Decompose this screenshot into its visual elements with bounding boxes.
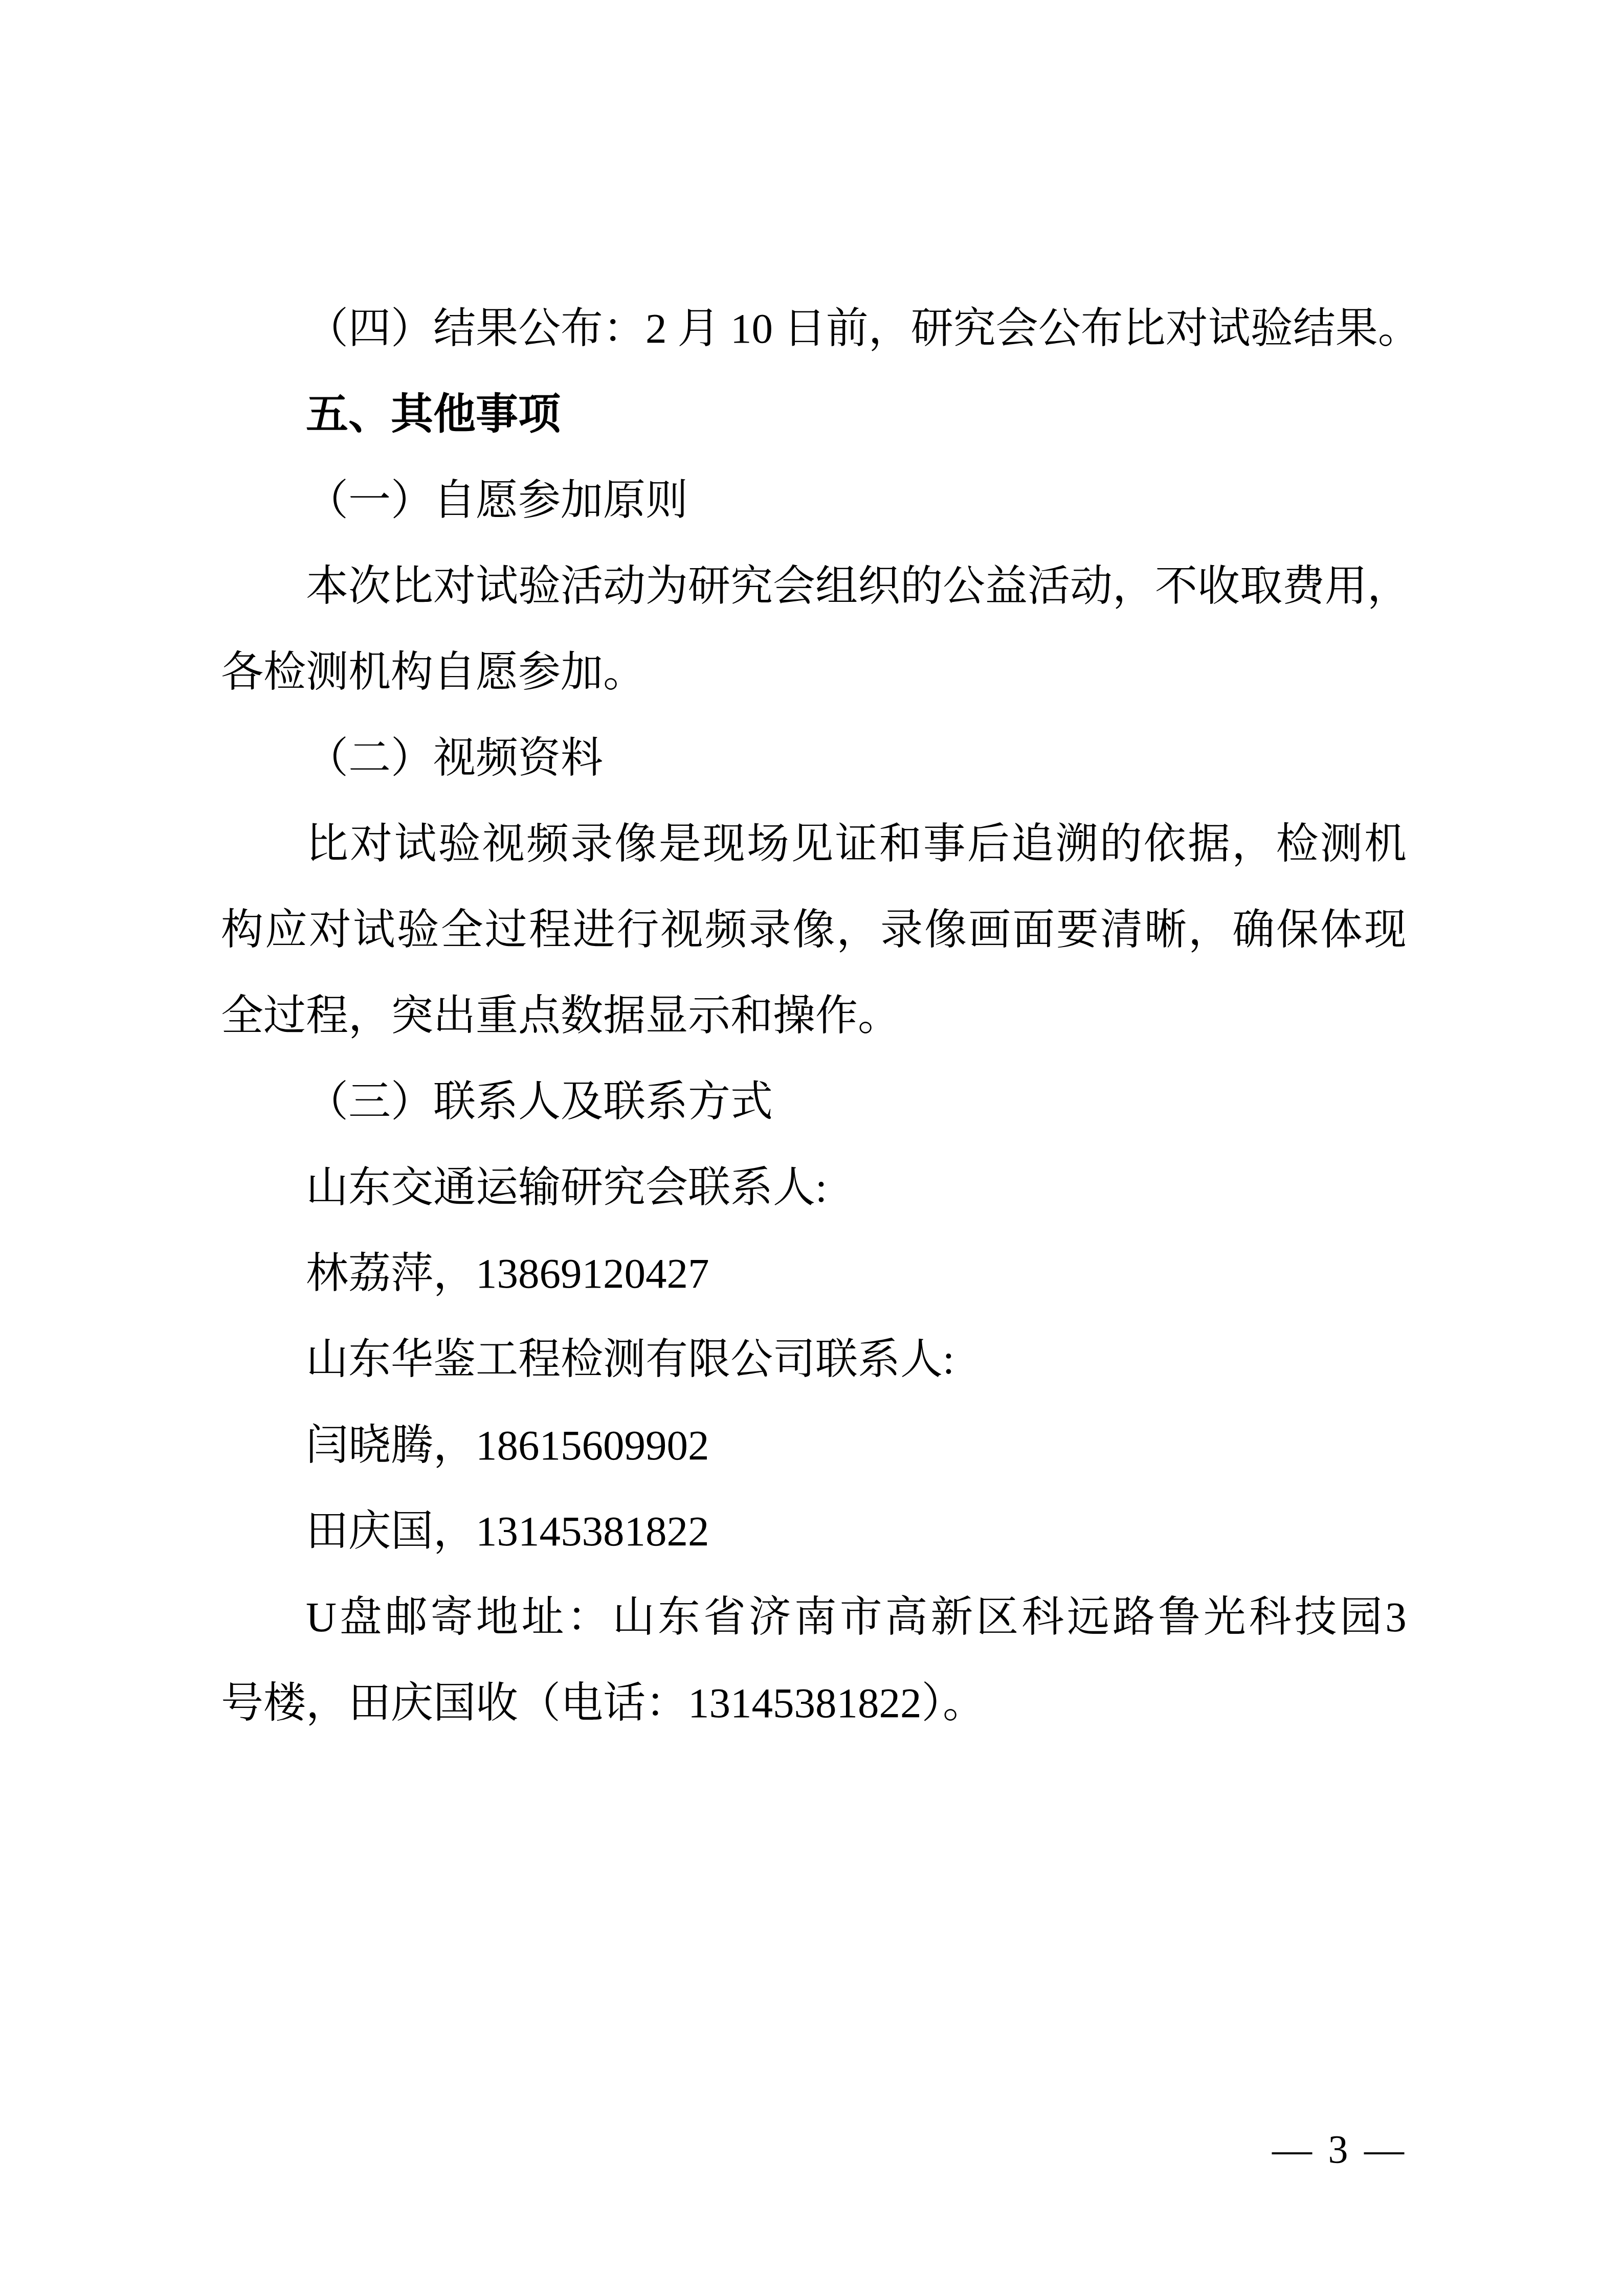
text-token: 费 [1282,543,1325,629]
text-token: 织 [858,543,900,629]
text-token: 试 [353,887,395,973]
text-line: 林荔萍，13869120427 [221,1230,1407,1316]
text-token: 后 [967,801,1010,887]
text-token: 据 [1188,801,1230,887]
text-token: 动 [1070,543,1113,629]
text-token: 像 [924,887,967,973]
text-token: 过 [485,887,527,973]
text-token: 要 [1056,887,1099,973]
text-line: （三）联系人及联系方式 [221,1059,1407,1144]
text-token: 试 [476,543,518,629]
text-token: 比 [391,543,433,629]
text-line: 山东华鉴工程检测有限公司联系人: [221,1316,1407,1402]
text-token: 体 [1320,887,1363,973]
text-token: 确 [1232,887,1275,973]
page-number: — 3 — [1272,2121,1407,2177]
text-token: 进 [573,887,615,973]
text-token: 组 [815,543,858,629]
text-token: 南 [794,1574,837,1660]
text-token: 寄 [431,1574,473,1660]
text-token: 东 [658,1574,700,1660]
text-line: 闫晓腾，18615609902 [221,1402,1407,1488]
text-token: 频 [704,887,747,973]
text-token: 现 [1364,887,1407,973]
text-token: 保 [1276,887,1319,973]
text-line: U盘邮寄地址：山东省济南市高新区科远路鲁光科技园3 [221,1574,1407,1660]
text-token: 依 [1144,801,1186,887]
document-body: （四）结果公布：2 月 10 日前，研究会公布比对试验结果。五、其他事项（一）自… [221,285,1407,1746]
text-token: 活 [1028,543,1070,629]
document-page: （四）结果公布：2 月 10 日前，研究会公布比对试验结果。五、其他事项（一）自… [0,0,1624,2296]
text-token: 场 [747,801,789,887]
text-token: 次 [348,543,391,629]
text-token: 技 [1295,1574,1337,1660]
text-token: 的 [900,543,943,629]
text-token: 远 [1067,1574,1109,1660]
text-line: 田庆国，13145381822 [221,1488,1407,1574]
text-token: ， [1232,801,1274,887]
text-token: 高 [885,1574,928,1660]
text-token: 视 [482,801,525,887]
text-token: 录 [880,887,923,973]
text-token: 清 [1100,887,1143,973]
text-token: 像 [614,801,657,887]
text-token: 录 [748,887,791,973]
text-token: 对 [309,887,351,973]
text-token: 邮 [385,1574,428,1660]
text-token: 科 [1249,1574,1292,1660]
text-token: 3 [1385,1574,1407,1660]
text-token: U [306,1574,337,1660]
section-heading: 五、其他事项 [221,371,1407,457]
text-token: 是 [659,801,701,887]
text-token: 对 [433,543,476,629]
text-token: 山 [612,1574,655,1660]
text-line: 构应对试验全过程进行视频录像，录像画面要清晰，确保体现 [221,887,1407,973]
text-token: 新 [930,1574,973,1660]
text-token: 验 [397,887,439,973]
text-token: 动 [603,543,646,629]
text-token: 市 [840,1574,882,1660]
text-token: 验 [518,543,561,629]
text-token: 本 [306,543,348,629]
text-token: 像 [792,887,835,973]
text-token: 机 [1364,801,1407,887]
text-token: 对 [350,801,392,887]
text-token: 取 [1240,543,1282,629]
text-token: 追 [1011,801,1054,887]
text-line: 比对试验视频录像是现场见证和事后追溯的依据，检测机 [221,801,1407,887]
text-token: 活 [561,543,603,629]
text-token: ， [1367,543,1410,629]
text-token: 为 [646,543,688,629]
text-token: ： [567,1574,609,1660]
text-token: 应 [265,887,307,973]
text-token: 视 [661,887,703,973]
text-token: ， [836,887,879,973]
text-token: 见 [791,801,833,887]
text-token: 园 [1340,1574,1382,1660]
text-token: 不 [1155,543,1197,629]
text-token: ， [1188,887,1231,973]
text-line: （四）结果公布：2 月 10 日前，研究会公布比对试验结果。 [221,285,1407,371]
text-token: 科 [1021,1574,1064,1660]
text-token: 光 [1204,1574,1246,1660]
text-line: 本次比对试验活动为研究会组织的公益活动，不收取费用， [221,543,1407,629]
text-token: 试 [394,801,436,887]
text-token: 的 [1100,801,1142,887]
text-line: 山东交通运输研究会联系人: [221,1144,1407,1230]
text-token: 溯 [1055,801,1098,887]
text-token: 收 [1197,543,1240,629]
text-token: 晰 [1144,887,1187,973]
text-token: 检 [1276,801,1318,887]
text-token: 址 [521,1574,564,1660]
text-token: 证 [835,801,877,887]
text-token: ， [1113,543,1155,629]
text-token: 公 [943,543,985,629]
text-token: 事 [923,801,966,887]
text-token: 区 [976,1574,1018,1660]
text-token: 面 [1012,887,1055,973]
text-line: （一）自愿参加原则 [221,457,1407,543]
text-token: 研 [688,543,730,629]
text-token: 测 [1320,801,1363,887]
text-token: 构 [221,887,263,973]
text-line: （二）视频资料 [221,715,1407,801]
text-token: 比 [306,801,348,887]
text-token: 行 [617,887,659,973]
text-token: 省 [703,1574,746,1660]
text-token: 会 [773,543,815,629]
text-token: 益 [985,543,1028,629]
text-line: 各检测机构自愿参加。 [221,629,1407,715]
text-token: 全 [441,887,483,973]
text-token: 鲁 [1158,1574,1200,1660]
text-token: 究 [730,543,773,629]
text-token: 录 [570,801,613,887]
text-token: 和 [879,801,922,887]
text-token: 用 [1325,543,1367,629]
text-token: 路 [1113,1574,1155,1660]
text-token: 地 [476,1574,519,1660]
text-token: 画 [968,887,1011,973]
text-token: 验 [438,801,481,887]
text-line: 全过程，突出重点数据显示和操作。 [221,973,1407,1059]
text-token: 频 [526,801,569,887]
text-token: 盘 [340,1574,382,1660]
text-token: 程 [529,887,571,973]
text-line: 号楼，田庆国收（电话：13145381822）。 [221,1660,1407,1746]
text-token: 济 [749,1574,791,1660]
text-token: 现 [703,801,745,887]
